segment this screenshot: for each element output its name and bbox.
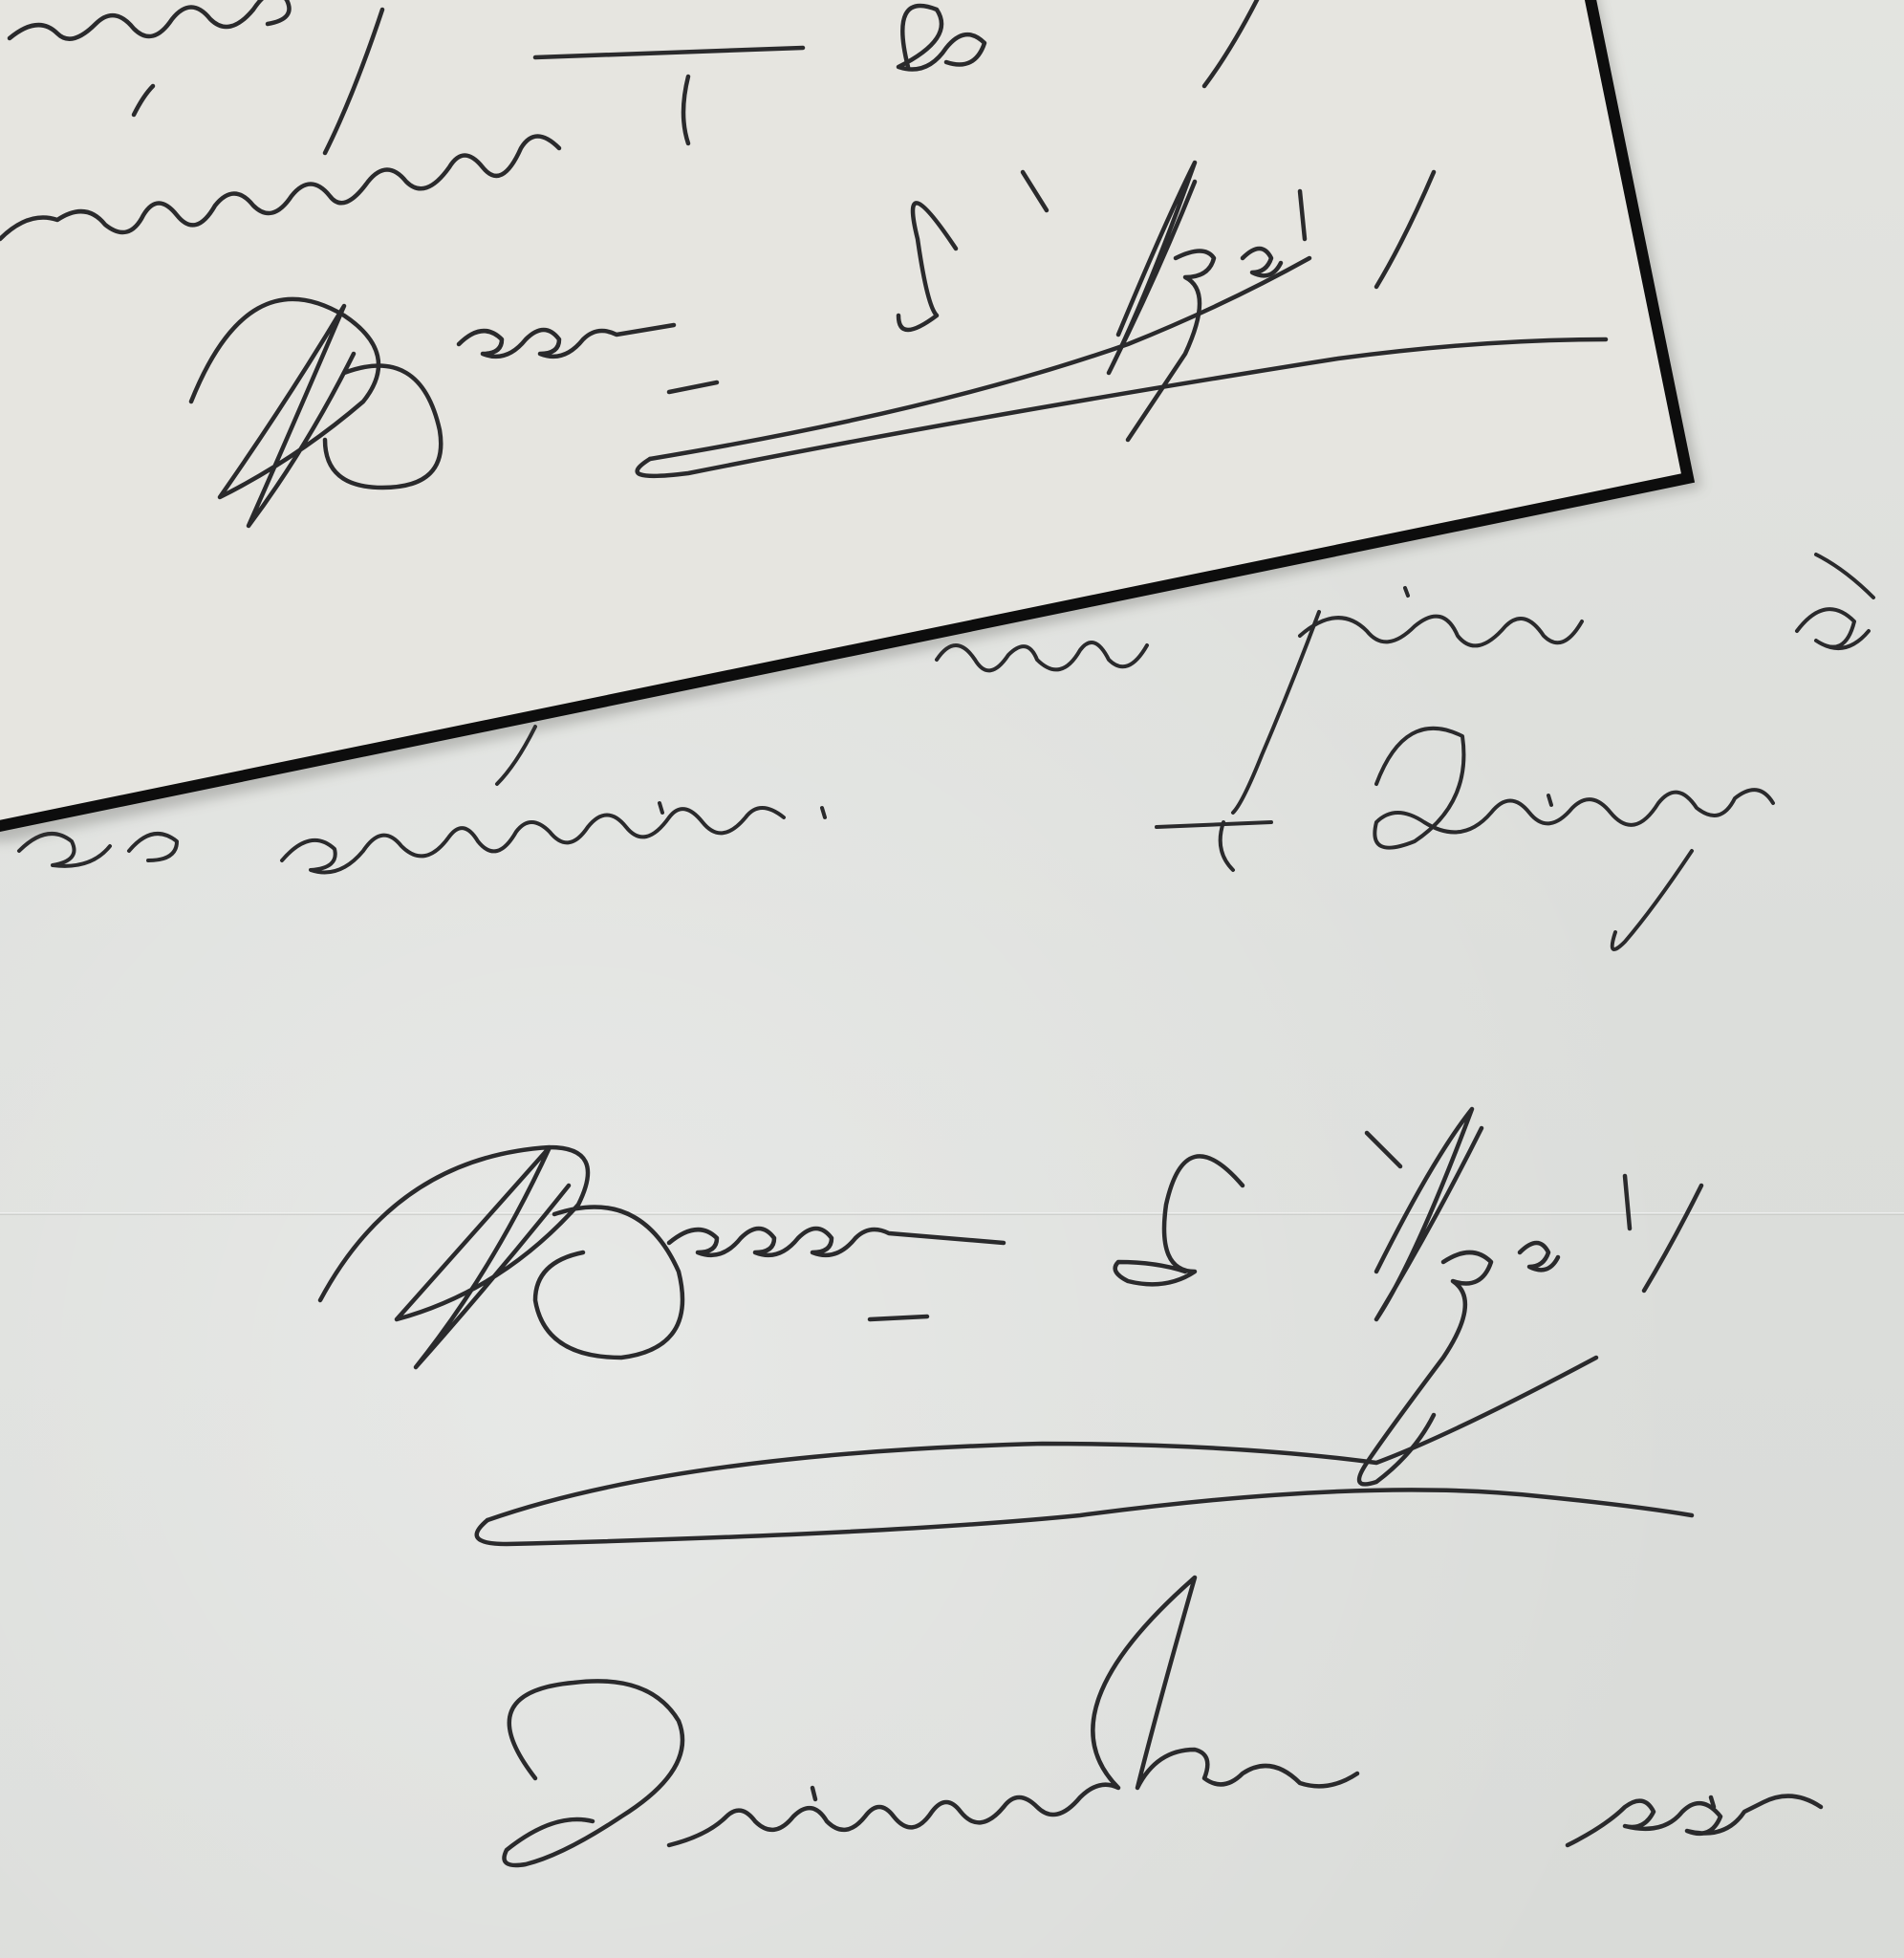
photo-scene: vous sentiments dis Mchesse d'Uzès vous … [0,0,1904,1958]
card-black-border [0,0,1688,830]
mourning-card [0,0,1904,1958]
